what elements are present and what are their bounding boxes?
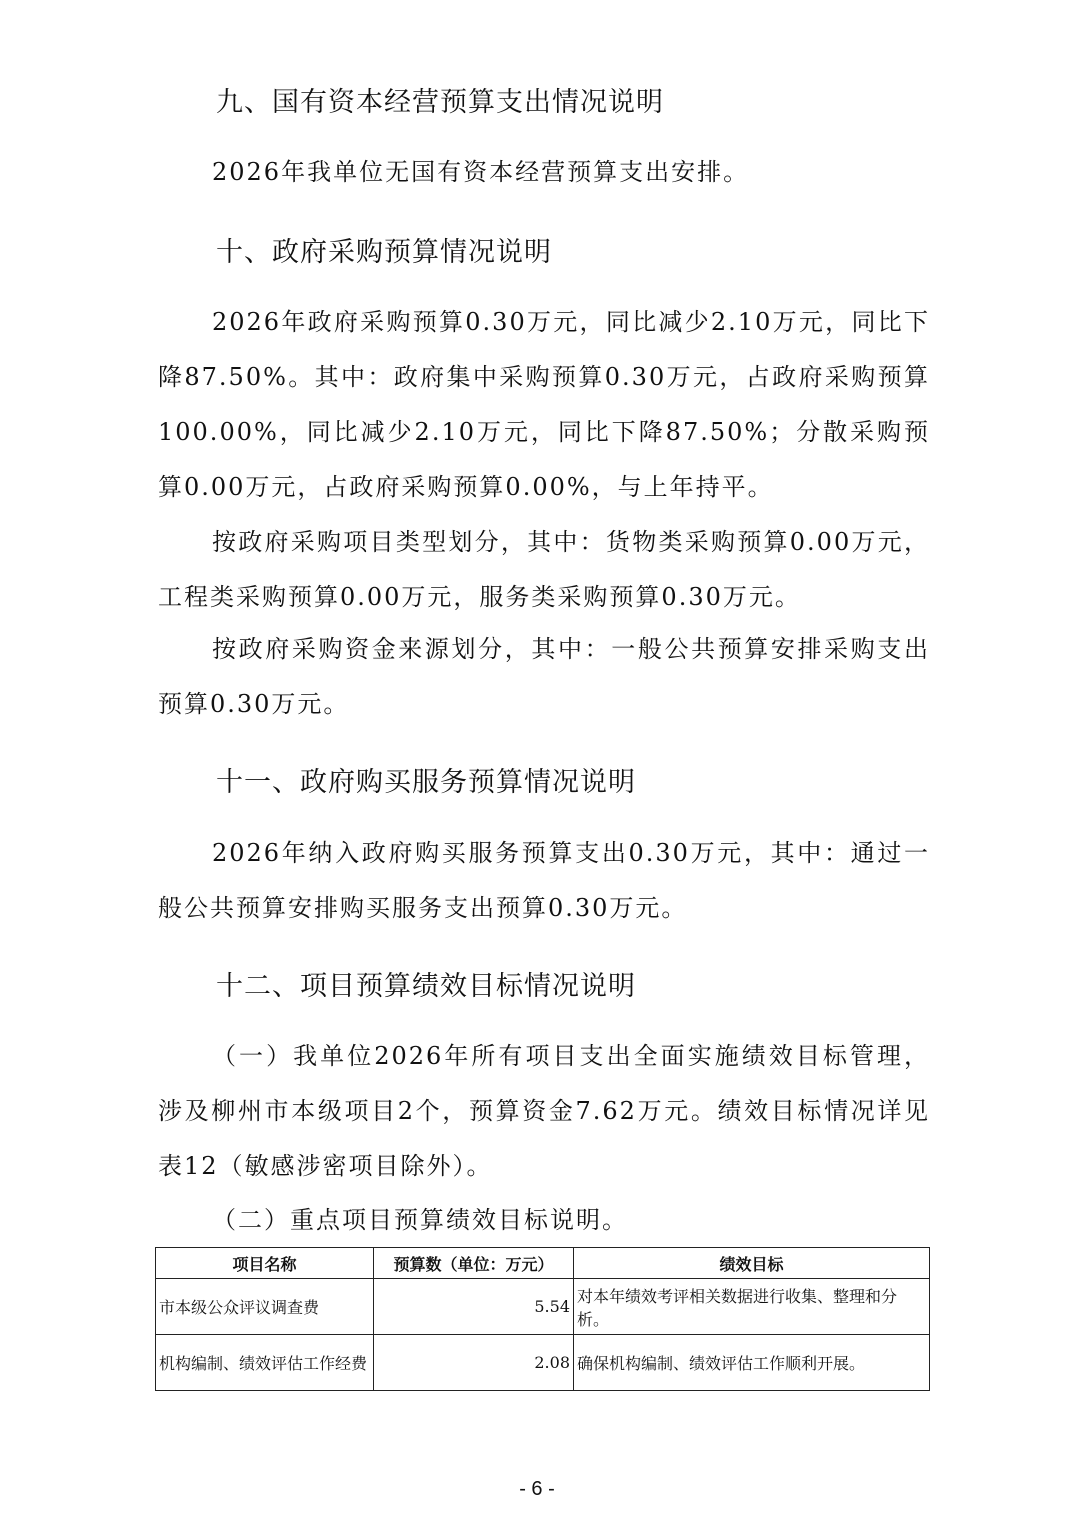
section-heading-11: 十一、政府购买服务预算情况说明 (216, 760, 636, 799)
performance-goals-table: 项目名称 预算数（单位：万元） 绩效目标 市本级公众评议调查费 5.54 对本年… (155, 1247, 930, 1391)
paragraph: 按政府采购资金来源划分，其中：一般公共预算安排采购支出预算0.30万元。 (158, 622, 930, 732)
paragraph: 2026年政府采购预算0.30万元，同比减少2.10万元，同比下降87.50%。… (158, 295, 930, 515)
paragraph: 2026年纳入政府购买服务预算支出0.30万元，其中：通过一般公共预算安排购买服… (158, 826, 930, 936)
cell-budget: 5.54 (374, 1279, 574, 1335)
section-heading-9: 九、国有资本经营预算支出情况说明 (216, 80, 664, 119)
cell-goal: 对本年绩效考评相关数据进行收集、整理和分析。 (574, 1279, 930, 1335)
cell-project-name: 机构编制、绩效评估工作经费 (156, 1335, 374, 1391)
cell-goal: 确保机构编制、绩效评估工作顺利开展。 (574, 1335, 930, 1391)
table-header-row: 项目名称 预算数（单位：万元） 绩效目标 (156, 1248, 930, 1279)
section-heading-12: 十二、项目预算绩效目标情况说明 (216, 964, 636, 1003)
paragraph: 按政府采购项目类型划分，其中：货物类采购预算0.00万元，工程类采购预算0.00… (158, 515, 930, 625)
paragraph: 2026年我单位无国有资本经营预算支出安排。 (158, 145, 930, 200)
paragraph: （二）重点项目预算绩效目标说明。 (158, 1193, 930, 1248)
header-project-name: 项目名称 (156, 1248, 374, 1279)
header-goal: 绩效目标 (574, 1248, 930, 1279)
section-heading-10: 十、政府采购预算情况说明 (216, 230, 552, 269)
paragraph: （一）我单位2026年所有项目支出全面实施绩效目标管理，涉及柳州市本级项目2个，… (158, 1029, 930, 1194)
cell-project-name: 市本级公众评议调查费 (156, 1279, 374, 1335)
table-row: 机构编制、绩效评估工作经费 2.08 确保机构编制、绩效评估工作顺利开展。 (156, 1335, 930, 1391)
table-row: 市本级公众评议调查费 5.54 对本年绩效考评相关数据进行收集、整理和分析。 (156, 1279, 930, 1335)
cell-budget: 2.08 (374, 1335, 574, 1391)
header-budget: 预算数（单位：万元） (374, 1248, 574, 1279)
page-number: - 6 - (0, 1478, 1074, 1501)
